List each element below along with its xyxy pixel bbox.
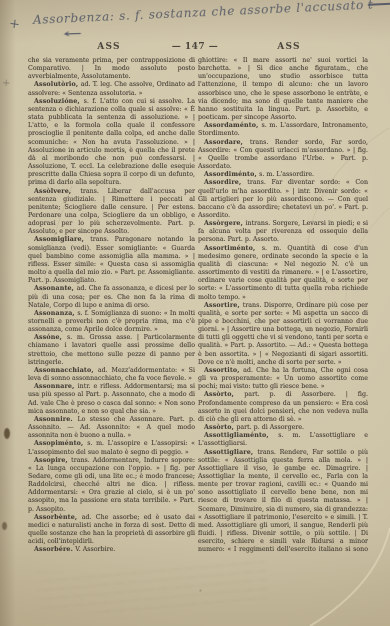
headword: Assòlvere, [34, 188, 80, 195]
dictionary-entry: Assorbènte, ad. Che assorbe; ed è usato … [28, 514, 195, 547]
dictionary-entry: Assorbére. V. Assorbire. [28, 546, 195, 554]
ink-blotch [2, 522, 7, 530]
dictionary-entry-continuation: ghiottire: « Il mare assortì ne' suoi vo… [198, 57, 368, 122]
headword: Assonante, [34, 285, 77, 292]
headword: Assóne, [34, 334, 67, 341]
dictionary-entry: Assortire, trans. Disporre, Ordinare più… [198, 302, 368, 367]
running-head-left: ASS [78, 42, 140, 52]
insertion-mark: + [8, 16, 21, 32]
dictionary-entry: Assopire, trans. Addormentare, Indurre s… [28, 457, 195, 514]
dictionary-entry: Assordare, trans. Render sordo, Far sord… [198, 139, 368, 172]
headword: Assortire, [204, 302, 243, 309]
dictionary-entry: Assonnacchiato, ad. Mezz'addormentato: «… [28, 367, 195, 383]
handwritten-text-main: Assorbenza: s. f. sostanza che assorbe l… [33, 0, 365, 27]
dictionary-entry: Assordiménto, s. m. L'assordire. [198, 171, 368, 179]
dictionary-entry: Assomigliare, trans. Paragonare notando … [28, 236, 195, 285]
text-column-right: ghiottire: « Il mare assortì ne' suoi vo… [198, 57, 368, 554]
headword: Assorbènte, [34, 514, 82, 521]
dictionary-entry: Assòrto, part. p. di Assorgere. [198, 424, 368, 432]
dictionary-entry: Assonnare, intr. e rifless. Addormentars… [28, 383, 195, 416]
headword: Assomigliare, [34, 236, 90, 243]
dictionary-entry: Assortito, ad. Che ha la fortuna, Che og… [198, 367, 368, 391]
ink-blotch [4, 428, 10, 439]
arrow-left-mark: ← [62, 26, 83, 41]
dictionary-entry: Assonante, ad. Che fa assonanza, e dices… [28, 285, 195, 309]
dictionary-entry: Assordire, trans. Far diventar sordo: « … [198, 179, 368, 220]
headword: Assordire, [204, 179, 247, 186]
headword: Assottigliaménto, [204, 432, 278, 439]
headword: Assopire, [34, 457, 71, 464]
running-head: ASS — 147 — ASS [0, 42, 390, 54]
dictionary-entry: Assonnire. Lo stesso che Assonnare. Part… [28, 416, 195, 440]
margin-plus-mark: + [2, 78, 11, 90]
headword: Assonnacchiato, [34, 367, 98, 374]
headword: Assottigliare, [204, 449, 257, 456]
headword: Assordare, [204, 139, 250, 146]
headword: Assorbére. [34, 546, 75, 553]
handwritten-annotation: + Assorbenza: s. f. sostanza che assorbe… [0, 0, 390, 46]
dictionary-entry: Assòrgere, intrans. Sorgere, Levarsi in … [198, 220, 368, 244]
dictionary-entry: Assopiménto, s. m. L'assopire e L'assopi… [28, 440, 195, 456]
headword: Assordaménto, [204, 122, 262, 129]
headword: Assortiménto, [204, 245, 262, 252]
headword: Assòrgere, [204, 220, 246, 227]
dictionary-entry: Assóne, s. m. Grossa asse. | Particolarm… [28, 334, 195, 367]
headword: Assonanza, [34, 310, 77, 317]
running-head-right: ASS [258, 42, 320, 52]
headword: Assolutòrio, [34, 81, 81, 88]
dictionary-entry: Assòrto, part. p. di Assorbere. | fig. P… [198, 391, 368, 424]
dictionary-entry: Assottigliaménto, s. m. L'assottigliare … [198, 432, 368, 448]
headword: Assoluzióne, [34, 98, 84, 105]
ghost-text-impression [37, 560, 269, 616]
headword: Assonnire. [34, 416, 77, 423]
handwritten-text: Assorbenza: s. f. sostanza che assorbe l… [33, 0, 390, 27]
headword: Assòrto, [204, 424, 236, 431]
paper-specks [0, 0, 1, 1]
dictionary-entry: Assortiménto, s. m. Quantità di cose d'u… [198, 245, 368, 302]
headword: Assopiménto, [34, 440, 87, 447]
dictionary-entry: Assolutòrio, ad. T. leg. Che assolve, Or… [28, 81, 195, 97]
dictionary-entry: Assottigliare, trans. Rendere, Far sotti… [198, 449, 368, 555]
page-number: — 147 — [156, 42, 234, 52]
scanned-dictionary-page: + Assorbenza: s. f. sostanza che assorbe… [0, 0, 390, 626]
handwritten-text-struck: t—— [368, 0, 390, 12]
dictionary-entry: Assoluzióne, s. f. L'atto con cui si ass… [28, 98, 195, 188]
headword: Assòrto, [204, 391, 244, 398]
headword: Assortito, [204, 367, 243, 374]
dictionary-entry: Assonanza, s. f. Somiglianza di suono: «… [28, 310, 195, 334]
text-column-left: che sia veramente prima, per contrapposi… [28, 57, 195, 554]
dictionary-entry: Assòlvere, trans. Liberar dall'accusa pe… [28, 188, 195, 237]
dictionary-entry: Assordaménto, s. m. L'assordare, Introna… [198, 122, 368, 138]
dictionary-entry-continuation: che sia veramente prima, per contrapposi… [28, 57, 195, 81]
headword: Assonnare, [34, 383, 78, 390]
headword: Assordiménto, [204, 171, 259, 178]
